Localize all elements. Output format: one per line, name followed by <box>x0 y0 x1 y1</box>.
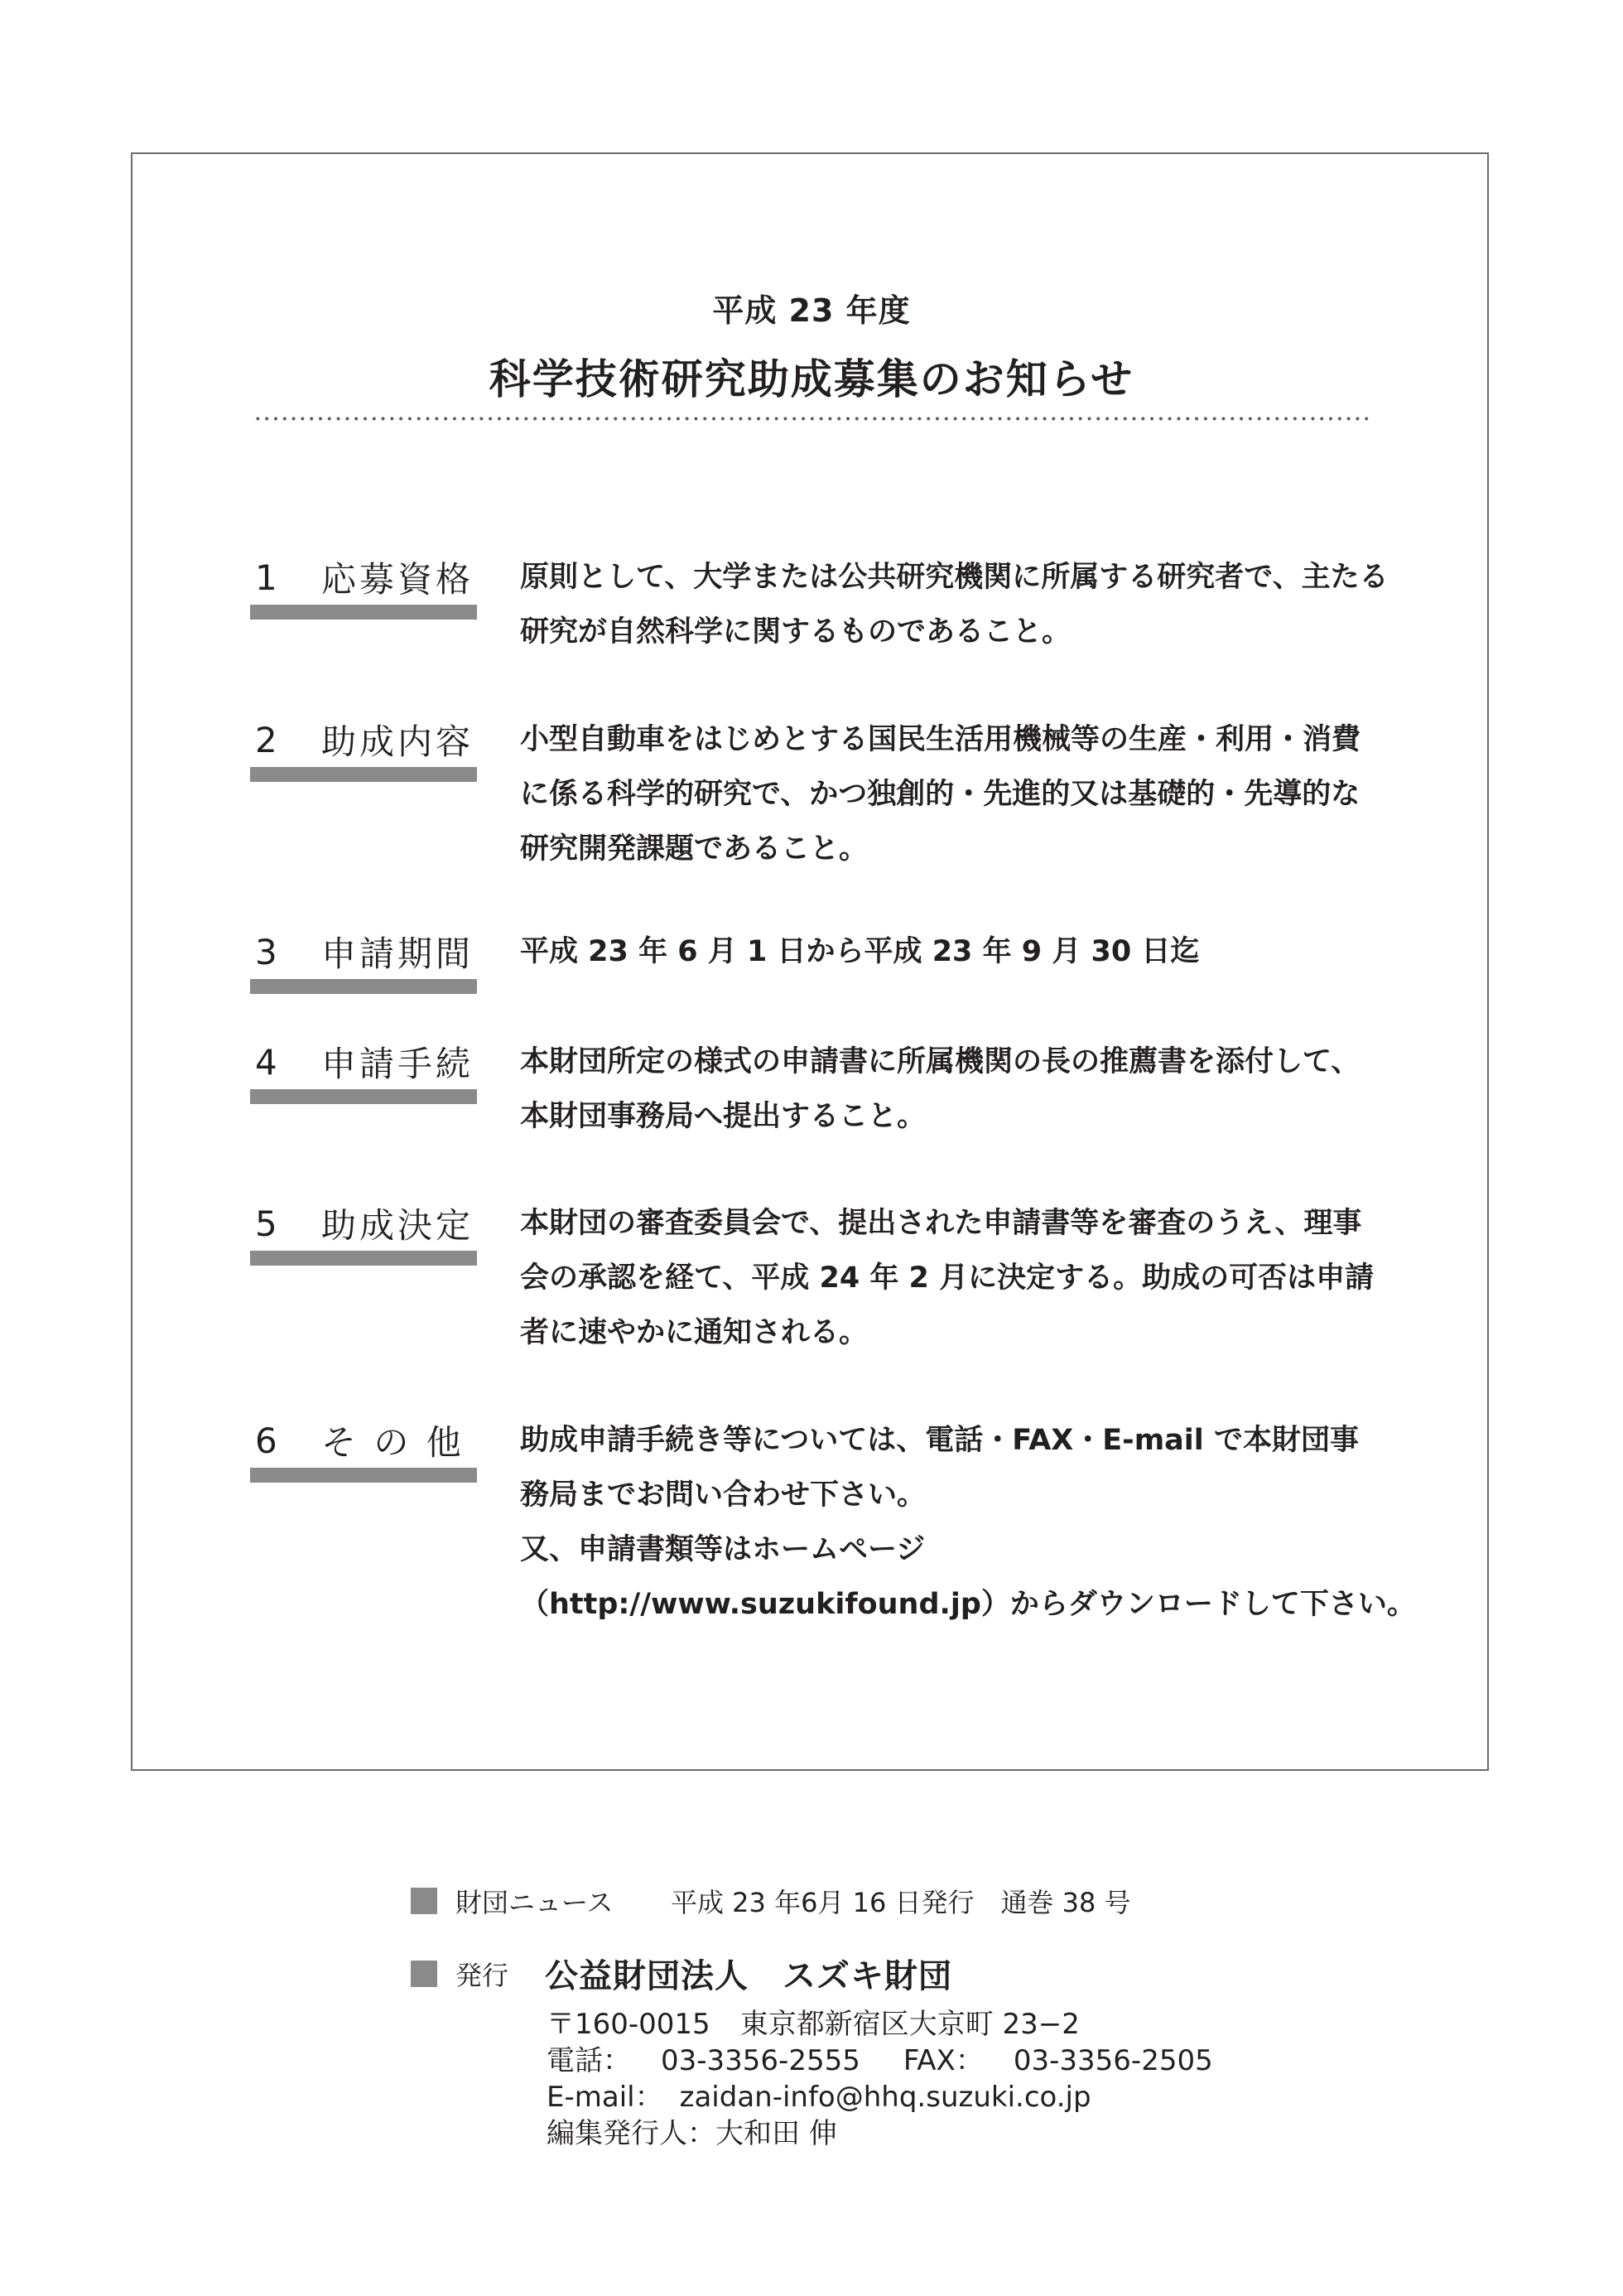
section-name: そ の 他 <box>321 1416 465 1465</box>
notice-subtitle: 平成 23 年度 <box>0 285 1623 330</box>
section-name: 応募資格 <box>321 552 474 602</box>
section-number: 4 <box>250 1042 321 1083</box>
section-name: 助成決定 <box>321 1199 474 1248</box>
section-number: 2 <box>250 720 321 760</box>
section-underline-bar <box>250 1468 477 1483</box>
section-body: 原則として、大学または公共研究機関に所属する研究者で、主たる 研究が自然科学に関… <box>520 550 1414 659</box>
section-body: 助成申請手続き等については、電話・FAX・E-mail で本財団事 務局までお問… <box>520 1413 1414 1632</box>
section-label: 6 そ の 他 <box>250 1420 477 1461</box>
tel-label: 電話： <box>547 2044 631 2077</box>
section-body: 小型自動車をはじめとする国民生活用機械等の生産・利用・消費 に係る科学的研究で、… <box>520 712 1414 876</box>
section-label: 4 申請手続 <box>250 1041 477 1083</box>
section-label: 2 助成内容 <box>250 719 477 760</box>
body-line: 又、申請書類等はホームページ <box>520 1522 1414 1577</box>
tel-number: 03-3356-2555 <box>661 2044 860 2077</box>
editor-row: 編集発行人：大和田 伸 <box>547 2115 1213 2152</box>
section-number: 5 <box>250 1203 321 1244</box>
body-line: 会の承認を経て、平成 24 年 2 月に決定する。助成の可否は申請 <box>520 1251 1414 1305</box>
editor-name: 大和田 伸 <box>715 2117 837 2150</box>
newsletter-label: 財団ニュース <box>455 1882 671 1920</box>
fax-number: 03-3356-2505 <box>1014 2044 1213 2077</box>
address: 東京都新宿区大京町 23−2 <box>740 2008 1080 2041</box>
publisher-name: 公益財団法人 スズキ財団 <box>545 1950 952 1997</box>
square-bullet-icon <box>411 1961 437 1987</box>
homepage-link-line[interactable]: （http://www.suzukifound.jp）からダウンロードして下さい… <box>520 1577 1414 1632</box>
section-underline-bar <box>250 979 477 994</box>
body-line: に係る科学的研究で、かつ独創的・先進的又は基礎的・先導的な <box>520 767 1414 822</box>
body-line: 平成 23 年 6 月 1 日から平成 23 年 9 月 30 日迄 <box>520 924 1414 979</box>
body-line: 本財団の審査委員会で、提出された申請書等を審査のうえ、理事 <box>520 1196 1414 1251</box>
fax-label: FAX： <box>903 2044 984 2077</box>
newsletter-issue: 平成 23 年6月 16 日発行 通巻 38 号 <box>671 1882 1131 1920</box>
email-address[interactable]: zaidan-info@hhq.suzuki.co.jp <box>680 2081 1091 2114</box>
body-line: 務局までお問い合わせ下さい。 <box>520 1468 1414 1522</box>
section-name: 助成内容 <box>321 715 474 765</box>
section-body: 本財団の審査委員会で、提出された申請書等を審査のうえ、理事 会の承認を経て、平成… <box>520 1196 1414 1360</box>
dotted-divider <box>253 417 1371 421</box>
body-line: 者に速やかに通知される。 <box>520 1305 1414 1360</box>
email-label: E-mail： <box>547 2081 663 2114</box>
body-line: 研究が自然科学に関するものであること。 <box>520 605 1414 659</box>
section-number: 1 <box>250 557 321 598</box>
postal-code: 〒160-0015 <box>547 2008 710 2041</box>
section-body: 平成 23 年 6 月 1 日から平成 23 年 9 月 30 日迄 <box>520 924 1414 979</box>
notice-title: 科学技術研究助成募集のお知らせ <box>0 346 1623 406</box>
section-name: 申請期間 <box>321 927 474 977</box>
email-row: E-mail：zaidan-info@hhq.suzuki.co.jp <box>547 2079 1213 2115</box>
section-underline-bar <box>250 1089 477 1104</box>
body-line: 研究開発課題であること。 <box>520 822 1414 876</box>
body-line: 本財団所定の様式の申請書に所属機関の長の推薦書を添付して、 <box>520 1035 1414 1089</box>
section-label: 3 申請期間 <box>250 931 477 972</box>
newsletter-row: 財団ニュース 平成 23 年6月 16 日発行 通巻 38 号 <box>411 1882 1131 1920</box>
square-bullet-icon <box>411 1888 437 1914</box>
phone-row: 電話：03-3356-2555FAX：03-3356-2505 <box>547 2043 1213 2079</box>
editor-label: 編集発行人： <box>547 2117 715 2150</box>
section-underline-bar <box>250 767 477 782</box>
section-underline-bar <box>250 605 477 620</box>
section-label: 5 助成決定 <box>250 1203 477 1244</box>
section-number: 6 <box>250 1421 321 1461</box>
section-body: 本財団所定の様式の申請書に所属機関の長の推薦書を添付して、 本財団事務局へ提出す… <box>520 1035 1414 1144</box>
body-line: 本財団事務局へ提出すること。 <box>520 1089 1414 1144</box>
address-row: 〒160-0015東京都新宿区大京町 23−2 <box>547 2006 1213 2043</box>
body-line: 原則として、大学または公共研究機関に所属する研究者で、主たる <box>520 550 1414 605</box>
section-label: 1 応募資格 <box>250 557 477 598</box>
body-line: 小型自動車をはじめとする国民生活用機械等の生産・利用・消費 <box>520 712 1414 767</box>
publisher-label: 発行 <box>455 1955 545 1993</box>
publisher-row: 発行 公益財団法人 スズキ財団 <box>411 1950 952 1997</box>
section-number: 3 <box>250 932 321 972</box>
section-name: 申請手続 <box>321 1037 474 1087</box>
body-line: 助成申請手続き等については、電話・FAX・E-mail で本財団事 <box>520 1413 1414 1468</box>
contact-block: 〒160-0015東京都新宿区大京町 23−2 電話：03-3356-2555F… <box>547 2006 1213 2152</box>
section-underline-bar <box>250 1251 477 1266</box>
